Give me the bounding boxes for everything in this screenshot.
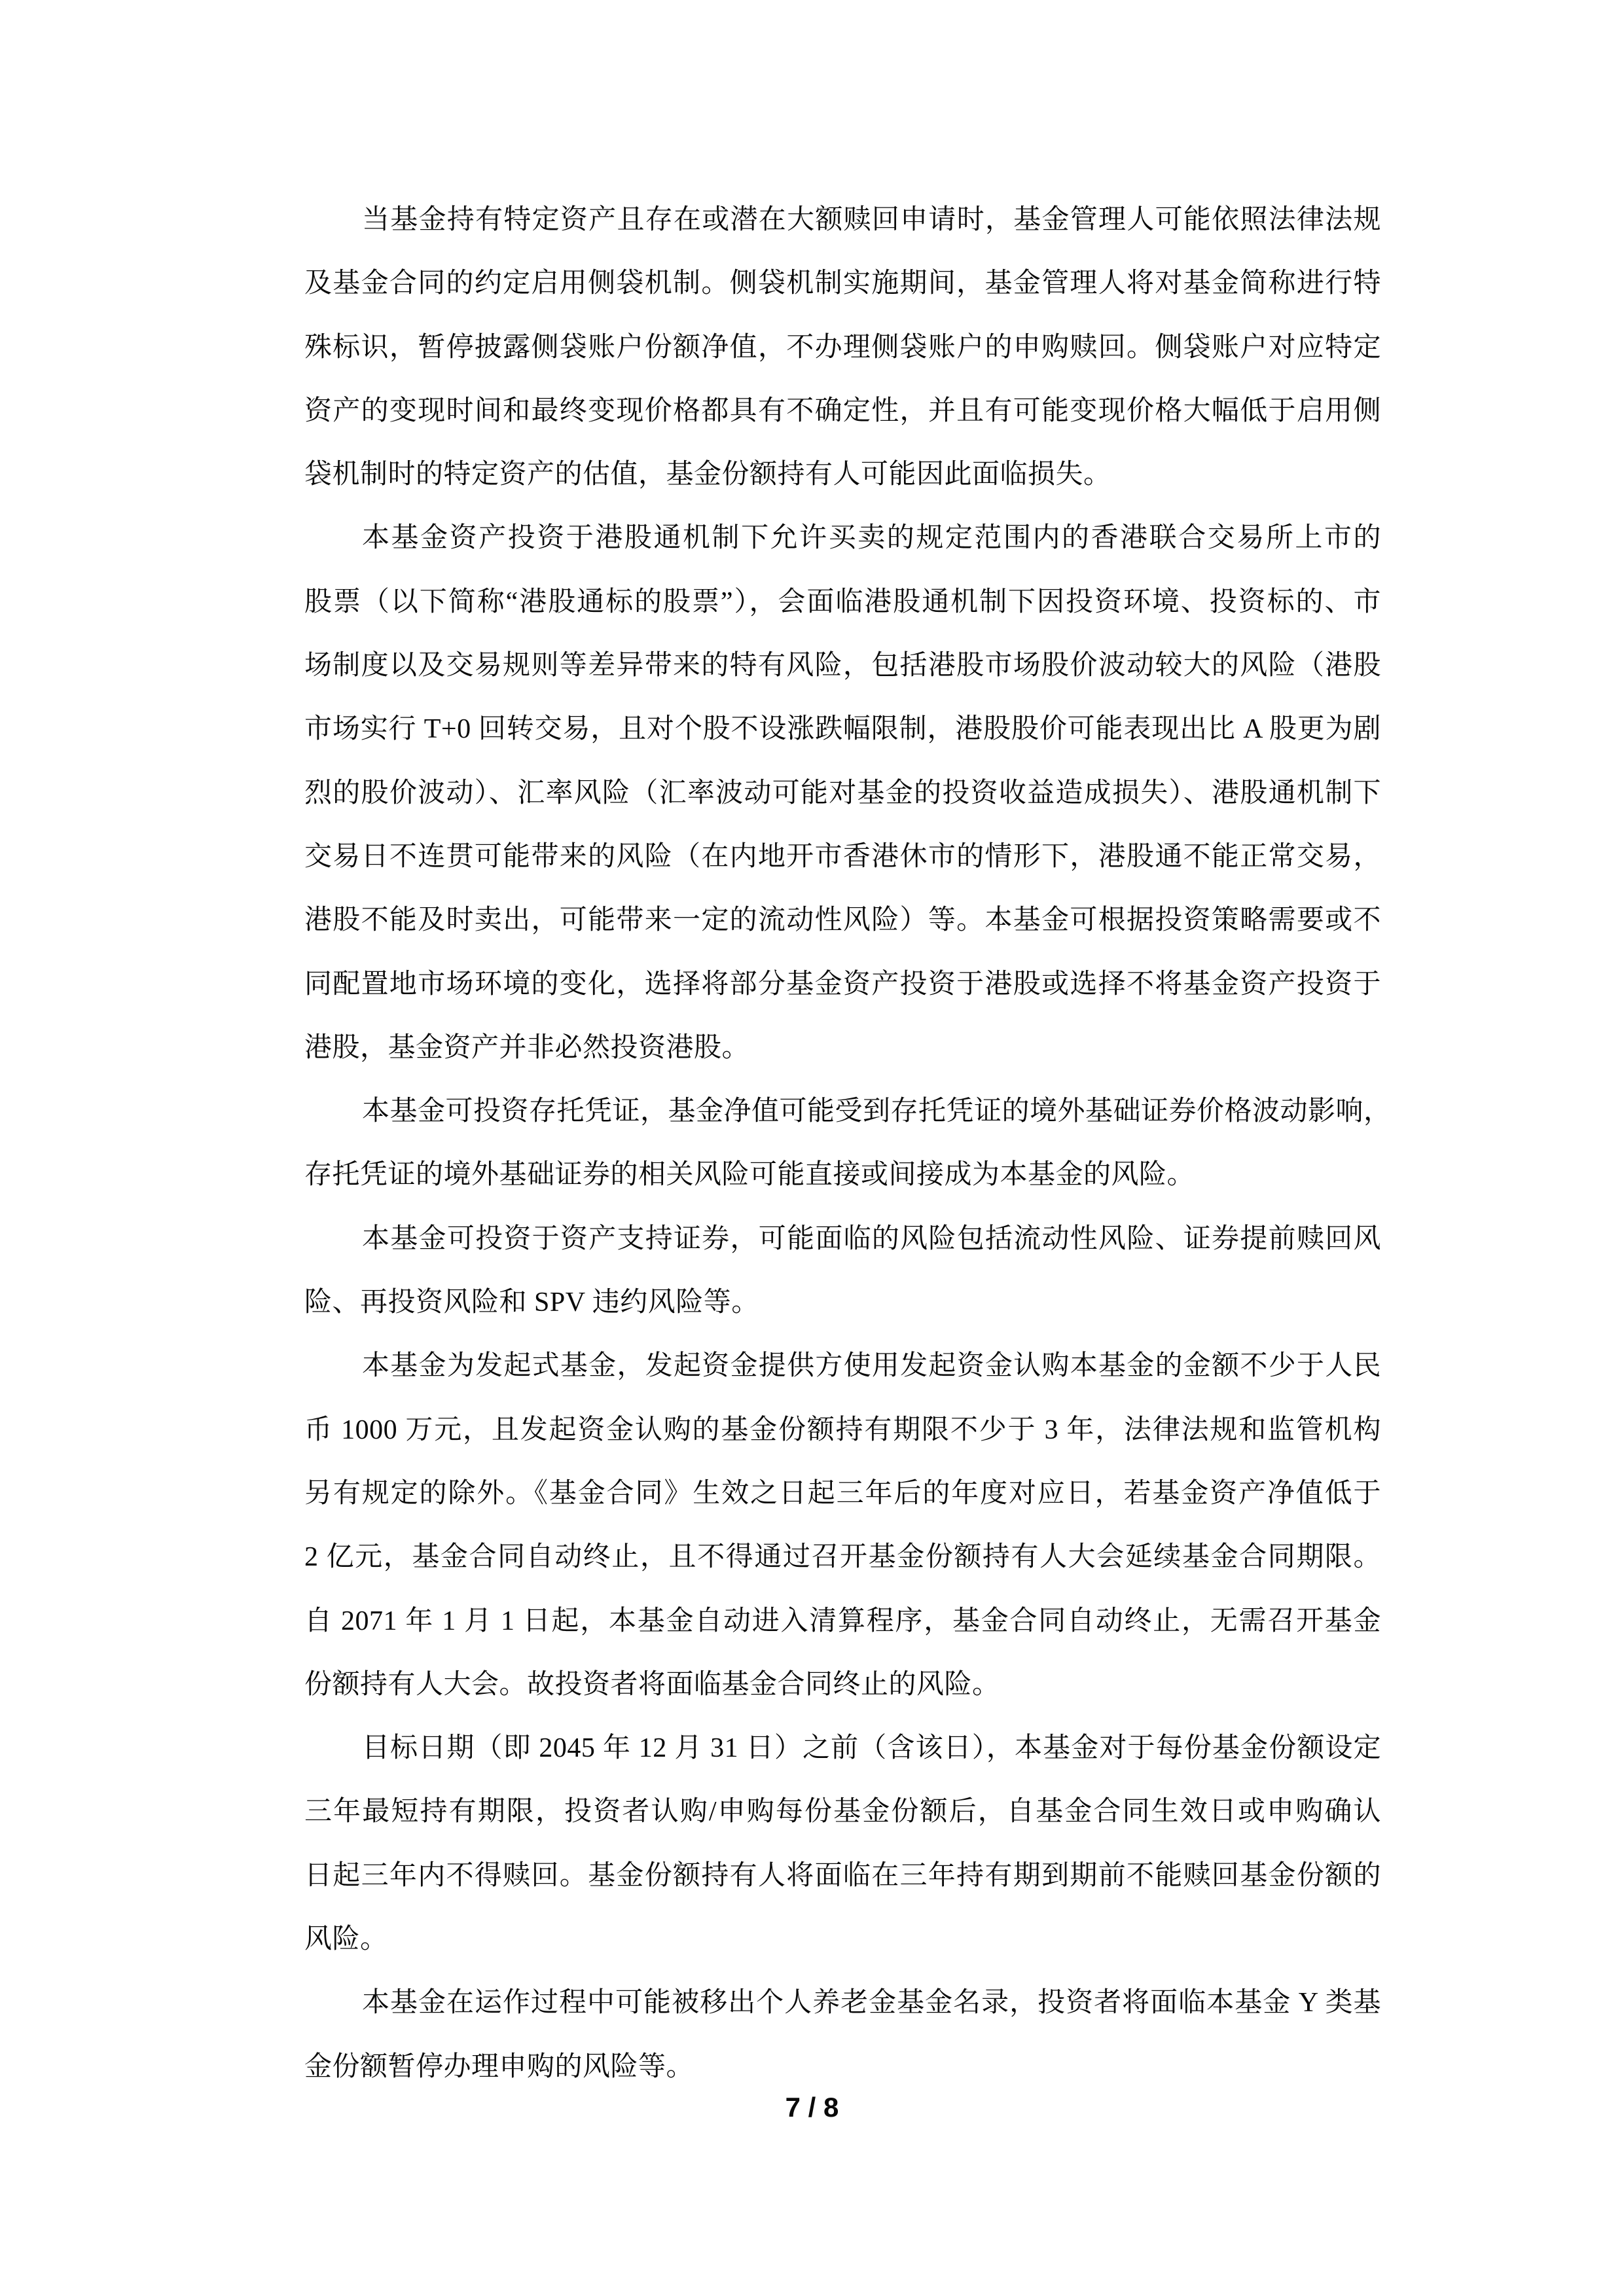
text-line: 自 2071 年 1 月 1 日起，本基金自动进入清算程序，基金合同自动终止，无… [304, 1590, 1381, 1653]
text-line: 日起三年内不得赎回。基金份额持有人将面临在三年持有期到期前不能赎回基金份额的 [304, 1844, 1381, 1908]
text-line: 存托凭证的境外基础证券的相关风险可能直接或间接成为本基金的风险。 [304, 1143, 1381, 1207]
text-line: 目标日期（即 2045 年 12 月 31 日）之前（含该日），本基金对于每份基… [304, 1717, 1381, 1780]
page-number: 7 / 8 [0, 2092, 1624, 2123]
text-line: 当基金持有特定资产且存在或潜在大额赎回申请时，基金管理人可能依照法律法规 [304, 188, 1381, 252]
text-line: 袋机制时的特定资产的估值，基金份额持有人可能因此面临损失。 [304, 443, 1381, 507]
text-line: 另有规定的除外。《基金合同》生效之日起三年后的年度对应日，若基金资产净值低于 [304, 1462, 1381, 1526]
paragraph: 本基金资产投资于港股通机制下允许买卖的规定范围内的香港联合交易所上市的股票（以下… [304, 507, 1381, 1080]
text-line: 份额持有人大会。故投资者将面临基金合同终止的风险。 [304, 1653, 1381, 1717]
text-line: 股票（以下简称“港股通标的股票”），会面临港股通机制下因投资环境、投资标的、市 [304, 571, 1381, 634]
paragraph: 本基金为发起式基金，发起资金提供方使用发起资金认购本基金的金额不少于人民币 10… [304, 1335, 1381, 1717]
text-line: 风险。 [304, 1908, 1381, 1971]
text-line: 三年最短持有期限，投资者认购/申购每份基金份额后，自基金合同生效日或申购确认 [304, 1780, 1381, 1844]
text-line: 殊标识，暂停披露侧袋账户份额净值，不办理侧袋账户的申购赎回。侧袋账户对应特定 [304, 316, 1381, 380]
document-body: 当基金持有特定资产且存在或潜在大额赎回申请时，基金管理人可能依照法律法规及基金合… [304, 188, 1381, 2099]
paragraph: 当基金持有特定资产且存在或潜在大额赎回申请时，基金管理人可能依照法律法规及基金合… [304, 188, 1381, 507]
paragraph: 本基金可投资存托凭证，基金净值可能受到存托凭证的境外基础证券价格波动影响，存托凭… [304, 1080, 1381, 1208]
text-line: 资产的变现时间和最终变现价格都具有不确定性，并且有可能变现价格大幅低于启用侧 [304, 380, 1381, 443]
text-line: 港股，基金资产并非必然投资港股。 [304, 1016, 1381, 1080]
text-line: 金份额暂停办理申购的风险等。 [304, 2036, 1381, 2099]
text-line: 险、再投资风险和 SPV 违约风险等。 [304, 1271, 1381, 1335]
document-page: 当基金持有特定资产且存在或潜在大额赎回申请时，基金管理人可能依照法律法规及基金合… [0, 0, 1624, 2296]
text-line: 同配置地市场环境的变化，选择将部分基金资产投资于港股或选择不将基金资产投资于 [304, 953, 1381, 1016]
text-line: 场制度以及交易规则等差异带来的特有风险，包括港股市场股价波动较大的风险（港股 [304, 634, 1381, 698]
paragraph: 本基金可投资于资产支持证券，可能面临的风险包括流动性风险、证券提前赎回风险、再投… [304, 1208, 1381, 1335]
paragraph: 目标日期（即 2045 年 12 月 31 日）之前（含该日），本基金对于每份基… [304, 1717, 1381, 1971]
text-line: 本基金可投资存托凭证，基金净值可能受到存托凭证的境外基础证券价格波动影响， [304, 1080, 1381, 1143]
text-line: 本基金可投资于资产支持证券，可能面临的风险包括流动性风险、证券提前赎回风 [304, 1208, 1381, 1271]
text-line: 港股不能及时卖出，可能带来一定的流动性风险）等。本基金可根据投资策略需要或不 [304, 889, 1381, 952]
text-line: 币 1000 万元，且发起资金认购的基金份额持有期限不少于 3 年，法律法规和监… [304, 1399, 1381, 1462]
text-line: 本基金资产投资于港股通机制下允许买卖的规定范围内的香港联合交易所上市的 [304, 507, 1381, 570]
text-line: 2 亿元，基金合同自动终止，且不得通过召开基金份额持有人大会延续基金合同期限。 [304, 1526, 1381, 1589]
text-line: 交易日不连贯可能带来的风险（在内地开市香港休市的情形下，港股通不能正常交易， [304, 825, 1381, 889]
paragraph: 本基金在运作过程中可能被移出个人养老金基金名录，投资者将面临本基金 Y 类基金份… [304, 1971, 1381, 2099]
text-line: 市场实行 T+0 回转交易，且对个股不设涨跌幅限制，港股股价可能表现出比 A 股… [304, 698, 1381, 761]
text-line: 本基金在运作过程中可能被移出个人养老金基金名录，投资者将面临本基金 Y 类基 [304, 1971, 1381, 2035]
text-line: 烈的股价波动）、汇率风险（汇率波动可能对基金的投资收益造成损失）、港股通机制下 [304, 762, 1381, 825]
text-line: 本基金为发起式基金，发起资金提供方使用发起资金认购本基金的金额不少于人民 [304, 1335, 1381, 1398]
text-line: 及基金合同的约定启用侧袋机制。侧袋机制实施期间，基金管理人将对基金简称进行特 [304, 252, 1381, 315]
